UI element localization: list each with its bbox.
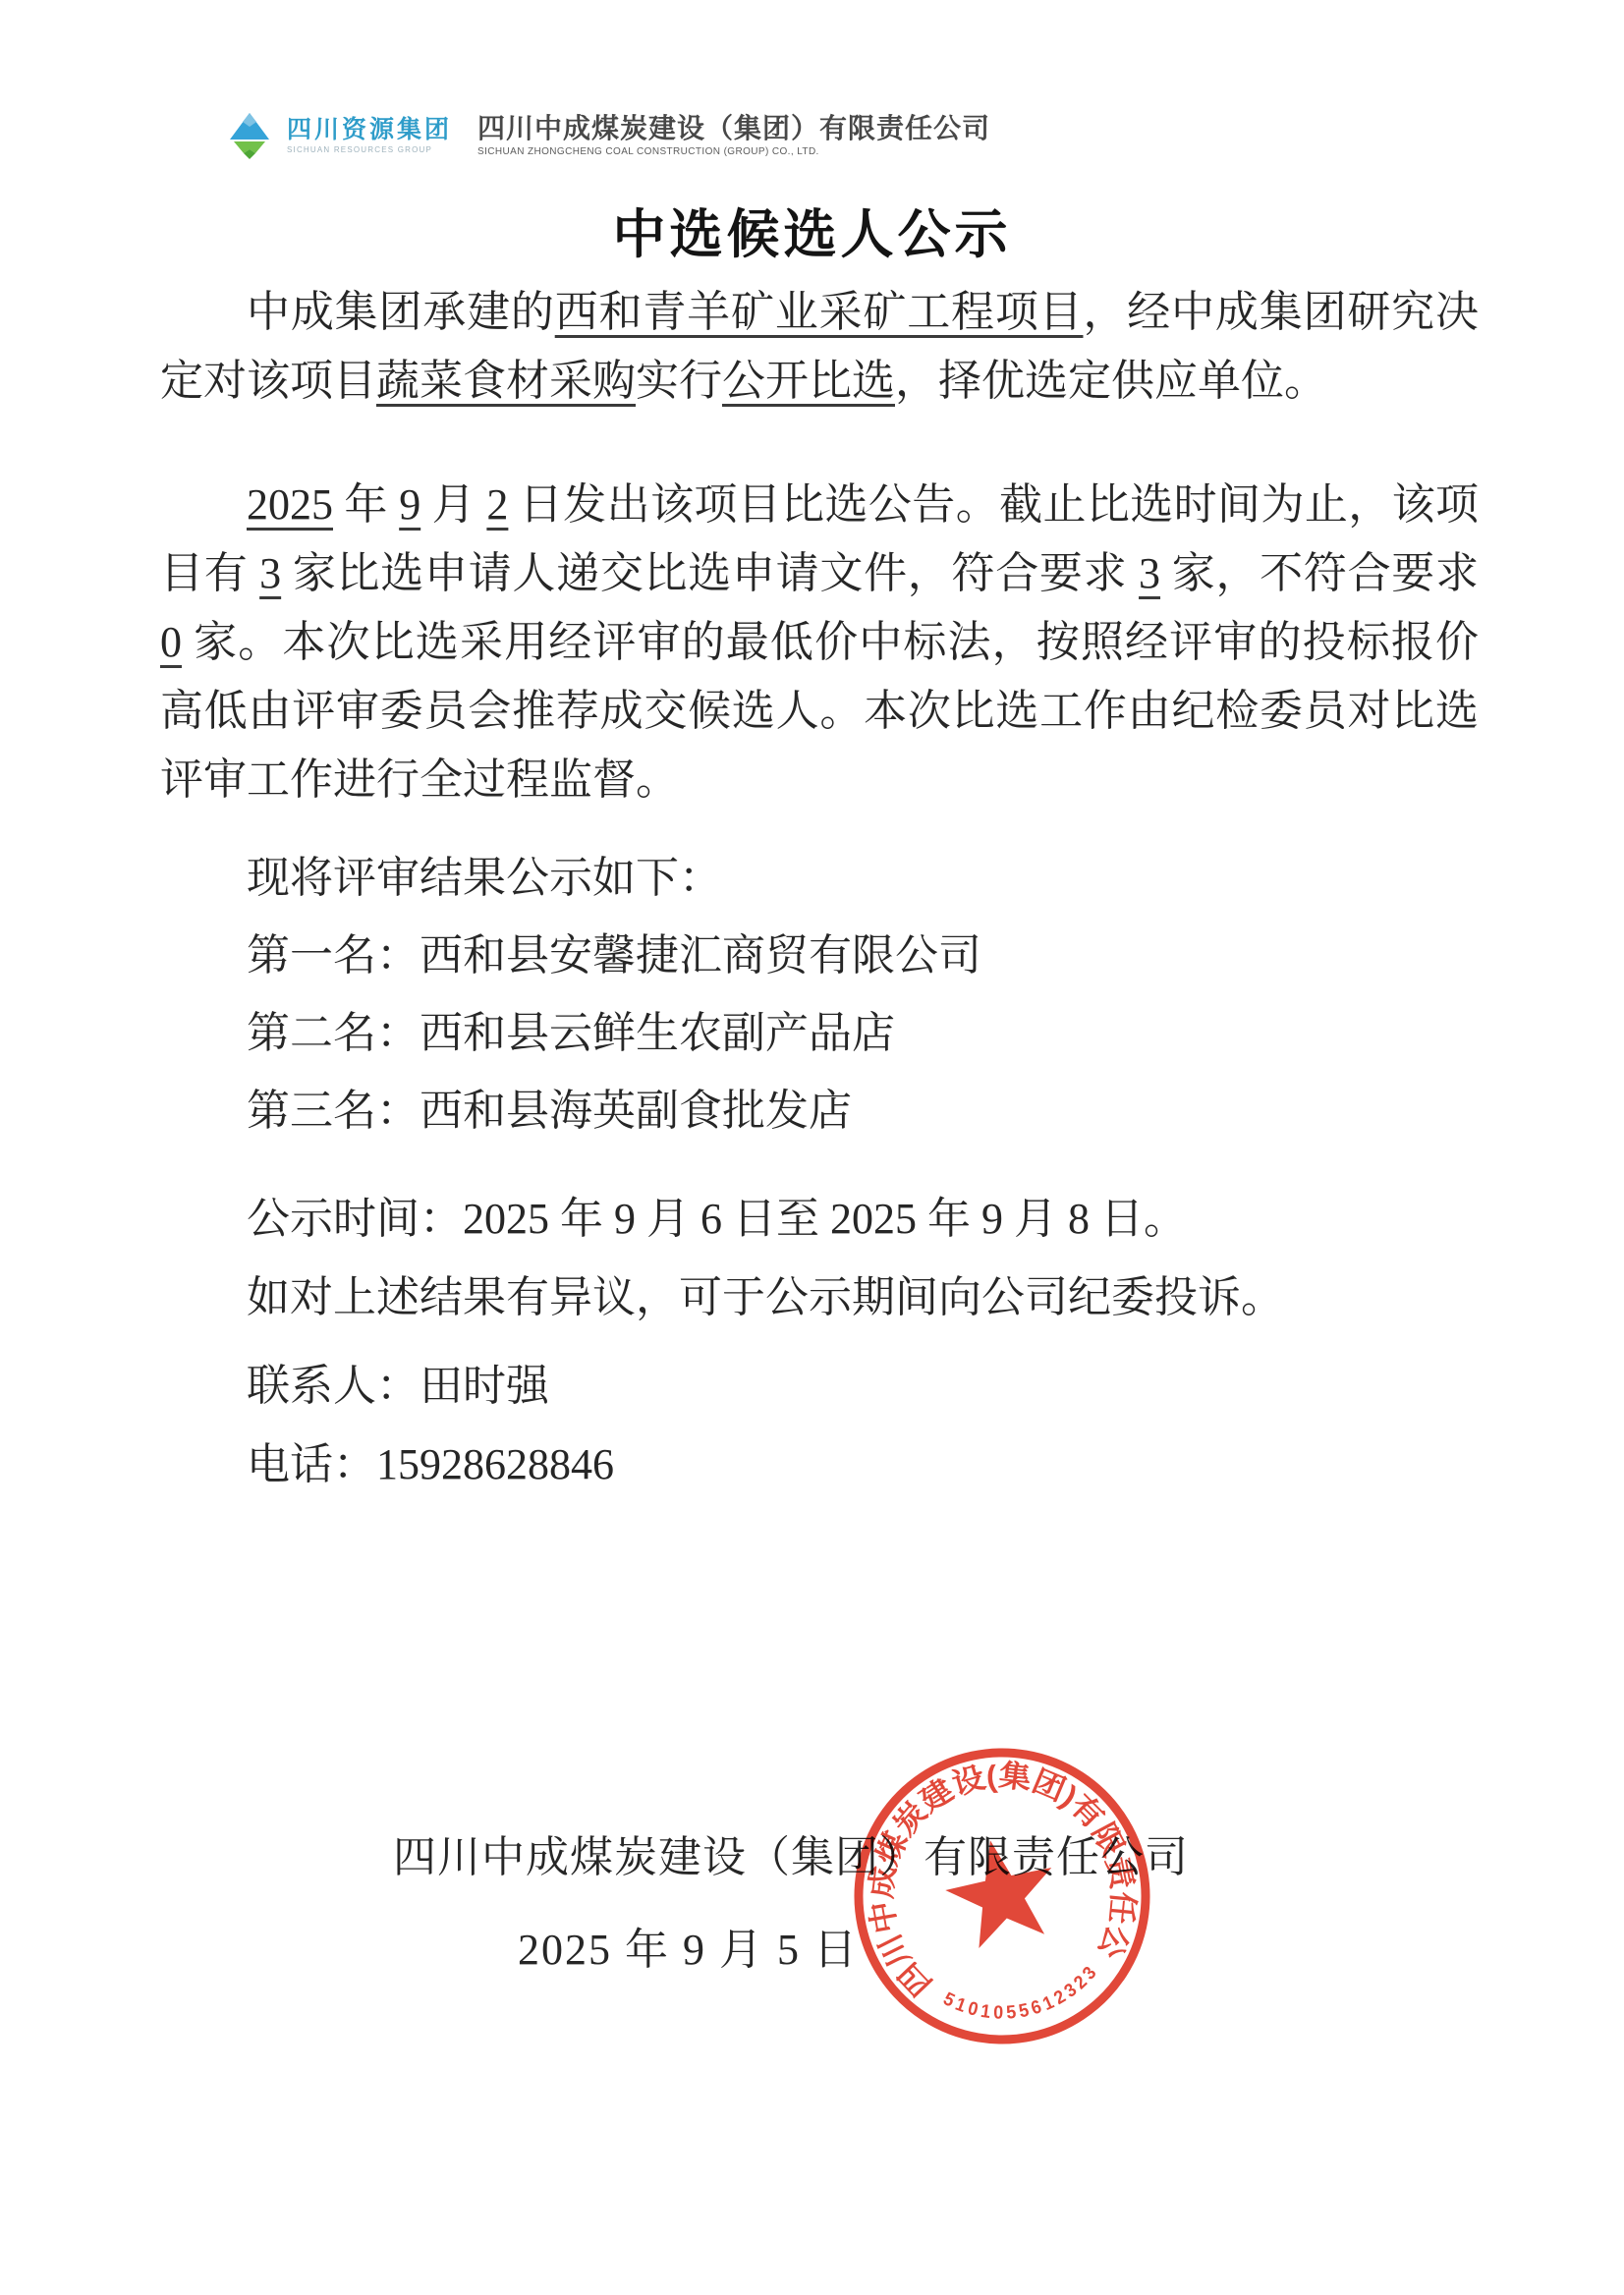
company-name-english: SICHUAN ZHONGCHENG COAL CONSTRUCTION (GR… (477, 146, 990, 157)
group-name-english: SICHUAN RESOURCES GROUP (287, 145, 452, 154)
underlined-text: 公开比选 (722, 357, 895, 405)
seal-star-icon (937, 1829, 1065, 1953)
underlined-text: 西和青羊矿业采矿工程项目 (555, 288, 1084, 336)
document-body: 中成集团承建的西和青羊矿业采矿工程项目，经中成集团研究决定对该项目蔬菜食材采购实… (160, 278, 1479, 1499)
underlined-text: 2025 (247, 480, 333, 529)
company-letterhead: 四川资源集团 SICHUAN RESOURCES GROUP 四川中成煤炭建设（… (224, 110, 990, 161)
svg-text:5101055612323: 5101055612323 (936, 1957, 1109, 2039)
text-run: 中成集团承建的 (247, 288, 555, 336)
text-run: 第三名：西和县海英副食批发店 (247, 1087, 852, 1135)
publicity-period: 公示时间：2025 年 9 月 6 日至 2025 年 9 月 8 日。 (160, 1185, 1479, 1254)
review-results-heading: 现将评审结果公示如下： (160, 844, 1479, 913)
text-run: 家。本次比选采用经评审的最低价中标法，按照经评审的投标报价高低由评审委员会推荐成… (160, 618, 1479, 804)
underlined-text: 0 (160, 618, 182, 666)
company-name: 四川中成煤炭建设（集团）有限责任公司 (477, 114, 990, 144)
text-run: 家，不符合要求 (1160, 549, 1479, 597)
text-run: 现将评审结果公示如下： (247, 854, 722, 902)
underlined-text: 蔬菜食材采购 (376, 357, 636, 405)
seal-serial-number: 5101055612323 (936, 1957, 1109, 2039)
paragraph-bidding-details: 2025 年 9 月 2 日发出该项目比选公告。截止比选时间为止，该项目有 3 … (160, 471, 1479, 814)
text-run: 电话：15928628846 (247, 1440, 614, 1488)
underlined-text: 3 (259, 549, 281, 597)
contact-phone: 电话：15928628846 (160, 1430, 1479, 1499)
underlined-text: 3 (1139, 549, 1160, 597)
text-run: 年 (333, 480, 399, 529)
text-run: 公示时间：2025 年 9 月 6 日至 2025 年 9 月 8 日。 (247, 1195, 1187, 1243)
text-run: ，择优选定供应单位。 (895, 357, 1327, 405)
result-first-place: 第一名：西和县安馨捷汇商贸有限公司 (160, 922, 1479, 990)
underlined-text: 2 (486, 480, 508, 529)
official-seal-stamp: 四川中成煤炭建设(集团)有限责任公司 5101055612323 (813, 1707, 1191, 2085)
underlined-text: 9 (399, 480, 420, 529)
result-third-place: 第三名：西和县海英副食批发店 (160, 1077, 1479, 1146)
text-run: 家比选申请人递交比选申请文件，符合要求 (281, 549, 1139, 597)
objection-notice: 如对上述结果有异议，可于公示期间向公司纪委投诉。 (160, 1263, 1479, 1332)
result-second-place: 第二名：西和县云鲜生农副产品店 (160, 999, 1479, 1068)
text-run: 联系人：田时强 (247, 1362, 549, 1410)
contact-person: 联系人：田时强 (160, 1352, 1479, 1421)
group-name: 四川资源集团 (287, 117, 452, 144)
logo-company-block: 四川中成煤炭建设（集团）有限责任公司 SICHUAN ZHONGCHENG CO… (477, 114, 990, 158)
paragraph-project-intro: 中成集团承建的西和青羊矿业采矿工程项目，经中成集团研究决定对该项目蔬菜食材采购实… (160, 278, 1479, 416)
signature-date: 2025 年 9 月 5 日 (518, 1916, 859, 1985)
text-run: 第一名：西和县安馨捷汇商贸有限公司 (247, 931, 981, 980)
logo-icon (224, 110, 275, 161)
text-run: 第二名：西和县云鲜生农副产品店 (247, 1009, 895, 1057)
text-run: 实行 (636, 357, 722, 405)
page-title: 中选候选人公示 (0, 193, 1624, 268)
scanned-notice-document: 四川资源集团 SICHUAN RESOURCES GROUP 四川中成煤炭建设（… (0, 0, 1624, 2295)
logo-group-block: 四川资源集团 SICHUAN RESOURCES GROUP (287, 117, 452, 155)
text-run: 月 (420, 480, 486, 529)
text-run: 如对上述结果有异议，可于公示期间向公司纪委投诉。 (247, 1273, 1284, 1321)
